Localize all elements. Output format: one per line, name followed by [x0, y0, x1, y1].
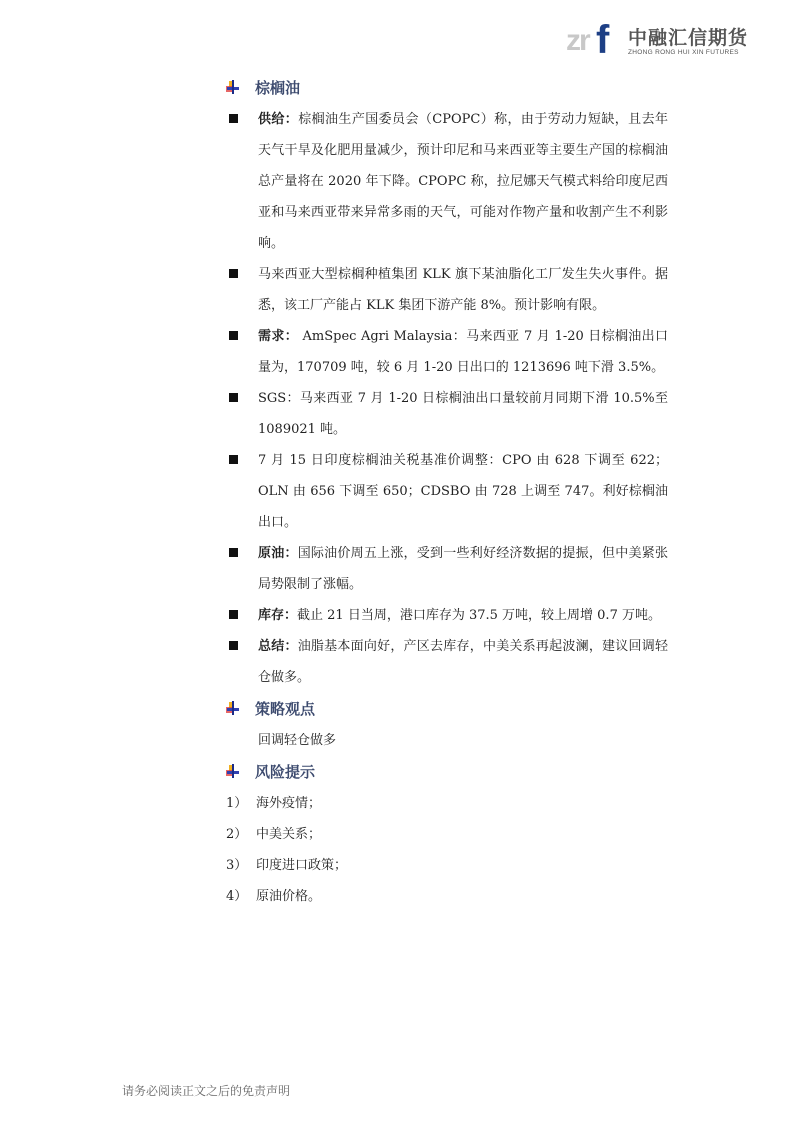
square-bullet-icon [229, 641, 238, 650]
risk-item: 3）印度进口政策； [226, 850, 668, 881]
bullet-demand: 需求： AmSpec Agri Malaysia：马来西亚 7 月 1-20 日… [226, 321, 668, 383]
diamond-bullet-icon [226, 701, 240, 715]
bullet-klk-fire: 马来西亚大型棕榈种植集团 KLK 旗下某油脂化工厂发生失火事件。据悉，该工厂产能… [226, 259, 668, 321]
risk-item: 4）原油价格。 [226, 881, 668, 912]
logo-english-name: ZHONG RONG HUI XIN FUTURES [628, 49, 739, 56]
section-heading-risk: 风险提示 [226, 756, 668, 786]
risk-number: 3） [226, 850, 256, 881]
section-title: 风险提示 [255, 761, 315, 782]
strategy-text: 回调轻仓做多 [226, 725, 668, 756]
bullet-text: 国际油价周五上涨，受到一些利好经济数据的提振，但中美紧张局势限制了涨幅。 [258, 546, 668, 592]
section-title: 棕榈油 [255, 77, 300, 98]
bullet-supply: 供给：棕榈油生产国委员会（CPOPC）称，由于劳动力短缺，且去年天气干旱及化肥用… [226, 104, 668, 259]
bullet-label: 总结： [258, 639, 298, 654]
bullet-inventory: 库存：截止 21 日当周，港口库存为 37.5 万吨，较上周增 0.7 万吨。 [226, 600, 668, 631]
square-bullet-icon [229, 455, 238, 464]
footer-disclaimer: 请务必阅读正文之后的免责声明 [122, 1082, 290, 1099]
bullet-summary: 总结：油脂基本面向好，产区去库存，中美关系再起波澜，建议回调轻仓做多。 [226, 631, 668, 693]
company-logo: zr f 中融汇信期货 ZHONG RONG HUI XIN FUTURES [566, 20, 781, 62]
bullet-label: 原油： [258, 546, 298, 561]
square-bullet-icon [229, 610, 238, 619]
risk-text: 印度进口政策； [256, 850, 347, 881]
risk-item: 1）海外疫情； [226, 788, 668, 819]
bullet-crude-oil: 原油：国际油价周五上涨，受到一些利好经济数据的提振，但中美紧张局势限制了涨幅。 [226, 538, 668, 600]
risk-text: 原油价格。 [256, 881, 321, 912]
bullet-text: 棕榈油生产国委员会（CPOPC）称，由于劳动力短缺，且去年天气干旱及化肥用量减少… [258, 112, 668, 251]
bullet-sgs: SGS：马来西亚 7 月 1-20 日棕榈油出口量较前月同期下滑 10.5%至 … [226, 383, 668, 445]
square-bullet-icon [229, 548, 238, 557]
document-body: 棕榈油 供给：棕榈油生产国委员会（CPOPC）称，由于劳动力短缺，且去年天气干旱… [226, 72, 668, 912]
risk-text: 中美关系； [256, 819, 321, 850]
risk-item: 2）中美关系； [226, 819, 668, 850]
bullet-text: SGS：马来西亚 7 月 1-20 日棕榈油出口量较前月同期下滑 10.5%至 … [258, 391, 668, 437]
square-bullet-icon [229, 114, 238, 123]
bullet-text: 马来西亚大型棕榈种植集团 KLK 旗下某油脂化工厂发生失火事件。据悉，该工厂产能… [258, 267, 668, 313]
bullet-text: 油脂基本面向好，产区去库存，中美关系再起波澜，建议回调轻仓做多。 [258, 639, 668, 685]
bullet-text: 截止 21 日当周，港口库存为 37.5 万吨，较上周增 0.7 万吨。 [297, 608, 661, 623]
bullet-text: 7 月 15 日印度棕榈油关税基准价调整：CPO 由 628 下调至 622；O… [258, 453, 668, 530]
diamond-bullet-icon [226, 80, 240, 94]
bullet-india-tariff: 7 月 15 日印度棕榈油关税基准价调整：CPO 由 628 下调至 622；O… [226, 445, 668, 538]
diamond-bullet-icon [226, 764, 240, 778]
risk-number: 1） [226, 788, 256, 819]
bullet-label: 库存： [258, 608, 297, 623]
logo-chinese-name: 中融汇信期货 [628, 23, 748, 50]
square-bullet-icon [229, 269, 238, 278]
bullet-text: AmSpec Agri Malaysia：马来西亚 7 月 1-20 日棕榈油出… [258, 329, 668, 375]
section-title: 策略观点 [255, 698, 315, 719]
square-bullet-icon [229, 393, 238, 402]
bullet-label: 需求： [258, 329, 298, 344]
bullet-label: 供给： [258, 112, 298, 127]
section-heading-palm-oil: 棕榈油 [226, 72, 668, 102]
section-heading-strategy: 策略观点 [226, 693, 668, 723]
risk-number: 2） [226, 819, 256, 850]
square-bullet-icon [229, 331, 238, 340]
risk-text: 海外疫情； [256, 788, 321, 819]
logo-mark-blue: f [596, 18, 609, 63]
risk-number: 4） [226, 881, 256, 912]
logo-mark-gray: zr [566, 24, 589, 58]
